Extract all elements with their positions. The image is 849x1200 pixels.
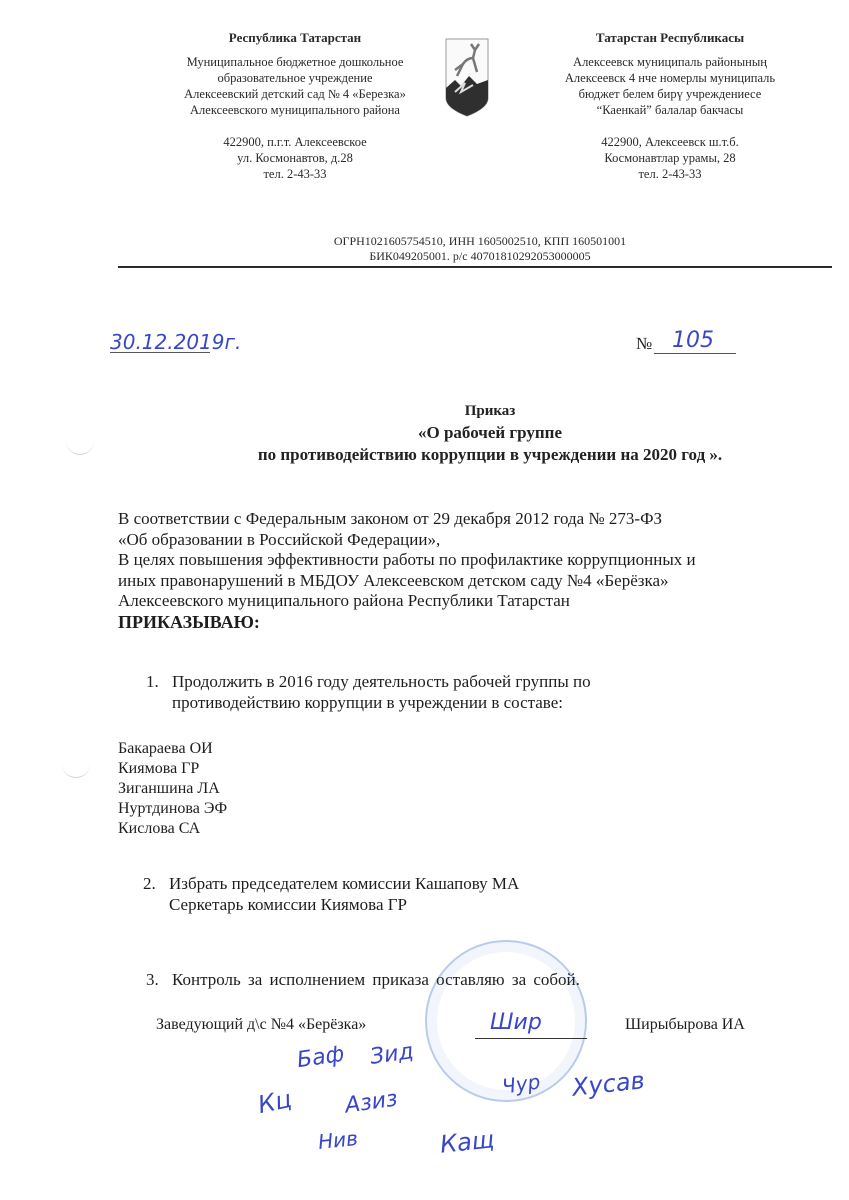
item-number: 1. [146, 672, 159, 693]
coat-of-arms-icon [443, 36, 491, 118]
header-left-address: ул. Космонавтов, д.28 [150, 150, 440, 166]
header-right-line: “Каенкай” балалар бакчасы [530, 102, 810, 118]
order-item-3: 3. Контроль за исполнением приказа остав… [146, 970, 766, 991]
member-name: Кислова СА [118, 819, 227, 839]
header-right-address: Космонавтлар урамы, 28 [530, 150, 810, 166]
item-number: 3. [146, 970, 159, 991]
number-underline [654, 353, 736, 354]
punch-hole-mark [66, 440, 94, 455]
signature-line [475, 1038, 587, 1039]
preamble-line: иных правонарушений в МБДОУ Алексеевском… [118, 571, 838, 592]
header-left-line: Алексеевского муниципального района [150, 102, 440, 118]
handwritten-signature: Нив [317, 1126, 359, 1154]
order-number: 105 [672, 328, 714, 353]
item-number: 2. [143, 874, 156, 895]
header-left-line: образовательное учреждение [150, 70, 440, 86]
handwritten-signature: Азиз [344, 1086, 400, 1118]
preamble-line: В соответствии с Федеральным законом от … [118, 509, 838, 530]
header-right-address: 422900, Алексеевск ш.т.б. [530, 134, 810, 150]
members-list: Бакараева ОИ Киямова ГР Зиганшина ЛА Нур… [118, 739, 227, 839]
order-number-label: № [636, 334, 652, 355]
order-item-1: 1. Продолжить в 2016 году деятельность р… [146, 672, 766, 713]
preamble-line: «Об образовании в Российской Федерации», [118, 530, 838, 551]
header-left-line: Алексеевский детский сад № 4 «Березка» [150, 86, 440, 102]
signatory-position: Заведующий д\с №4 «Берёзка» [156, 1015, 366, 1036]
item-line: Контроль за исполнением приказа оставляю… [172, 970, 766, 991]
registration-details: ОГРН1021605754510, ИНН 1605002510, КПП 1… [250, 234, 710, 264]
header-left-address: 422900, п.г.т. Алексеевское [150, 134, 440, 150]
handwritten-signature: Баф [295, 1042, 345, 1073]
item-line: противодействию коррупции в учреждении в… [172, 693, 766, 714]
handwritten-signature: Кц [255, 1085, 293, 1119]
punch-hole-mark [62, 763, 90, 778]
header-right-title: Татарстан Республикасы [530, 30, 810, 46]
registration-line: БИК049205001. р/с 40701810292053000005 [250, 249, 710, 264]
order-title-line: по противодействию коррупции в учреждени… [120, 444, 849, 466]
handwritten-signature: Зид [368, 1039, 415, 1070]
member-name: Зиганшина ЛА [118, 779, 227, 799]
header-divider [118, 266, 832, 268]
preamble: В соответствии с Федеральным законом от … [118, 509, 838, 632]
order-title-line: Приказ [120, 400, 849, 422]
item-line: Серкетарь комиссии Киямова ГР [169, 895, 763, 916]
header-right-address: тел. 2-43-33 [530, 166, 810, 182]
signatory-name: Ширыбырова ИА [625, 1015, 745, 1036]
preamble-line: Алексеевского муниципального района Респ… [118, 591, 838, 612]
order-title: Приказ «О рабочей группе по противодейст… [120, 400, 849, 466]
order-item-2: 2. Избрать председателем комиссии Кашапо… [143, 874, 763, 915]
order-date: 30.12.2019г. [110, 330, 241, 354]
header-left-address: тел. 2-43-33 [150, 166, 440, 182]
item-line: Избрать председателем комиссии Кашапову … [169, 874, 763, 895]
handwritten-signature: Кащ [439, 1125, 496, 1159]
header-right-line: Алексеевск 4 нче номерлы муниципаль [530, 70, 810, 86]
item-line: Продолжить в 2016 году деятельность рабо… [172, 672, 766, 693]
handwritten-signature: Хусав [571, 1066, 646, 1101]
directive: ПРИКАЗЫВАЮ: [118, 612, 838, 633]
member-name: Киямова ГР [118, 759, 227, 779]
header-left: Республика Татарстан Муниципальное бюдже… [150, 30, 440, 182]
preamble-line: В целях повышения эффективности работы п… [118, 550, 838, 571]
header-left-line: Муниципальное бюджетное дошкольное [150, 54, 440, 70]
header-right: Татарстан Республикасы Алексеевск муници… [530, 30, 810, 182]
header-left-title: Республика Татарстан [150, 30, 440, 46]
member-name: Бакараева ОИ [118, 739, 227, 759]
registration-line: ОГРН1021605754510, ИНН 1605002510, КПП 1… [250, 234, 710, 249]
order-title-line: «О рабочей группе [120, 422, 849, 444]
header-right-line: Алексеевск муниципаль районының [530, 54, 810, 70]
date-underline [110, 352, 210, 353]
member-name: Нуртдинова ЭФ [118, 799, 227, 819]
director-signature: Шир [490, 1010, 542, 1035]
header-right-line: бюджет белем бирү учреждениесе [530, 86, 810, 102]
